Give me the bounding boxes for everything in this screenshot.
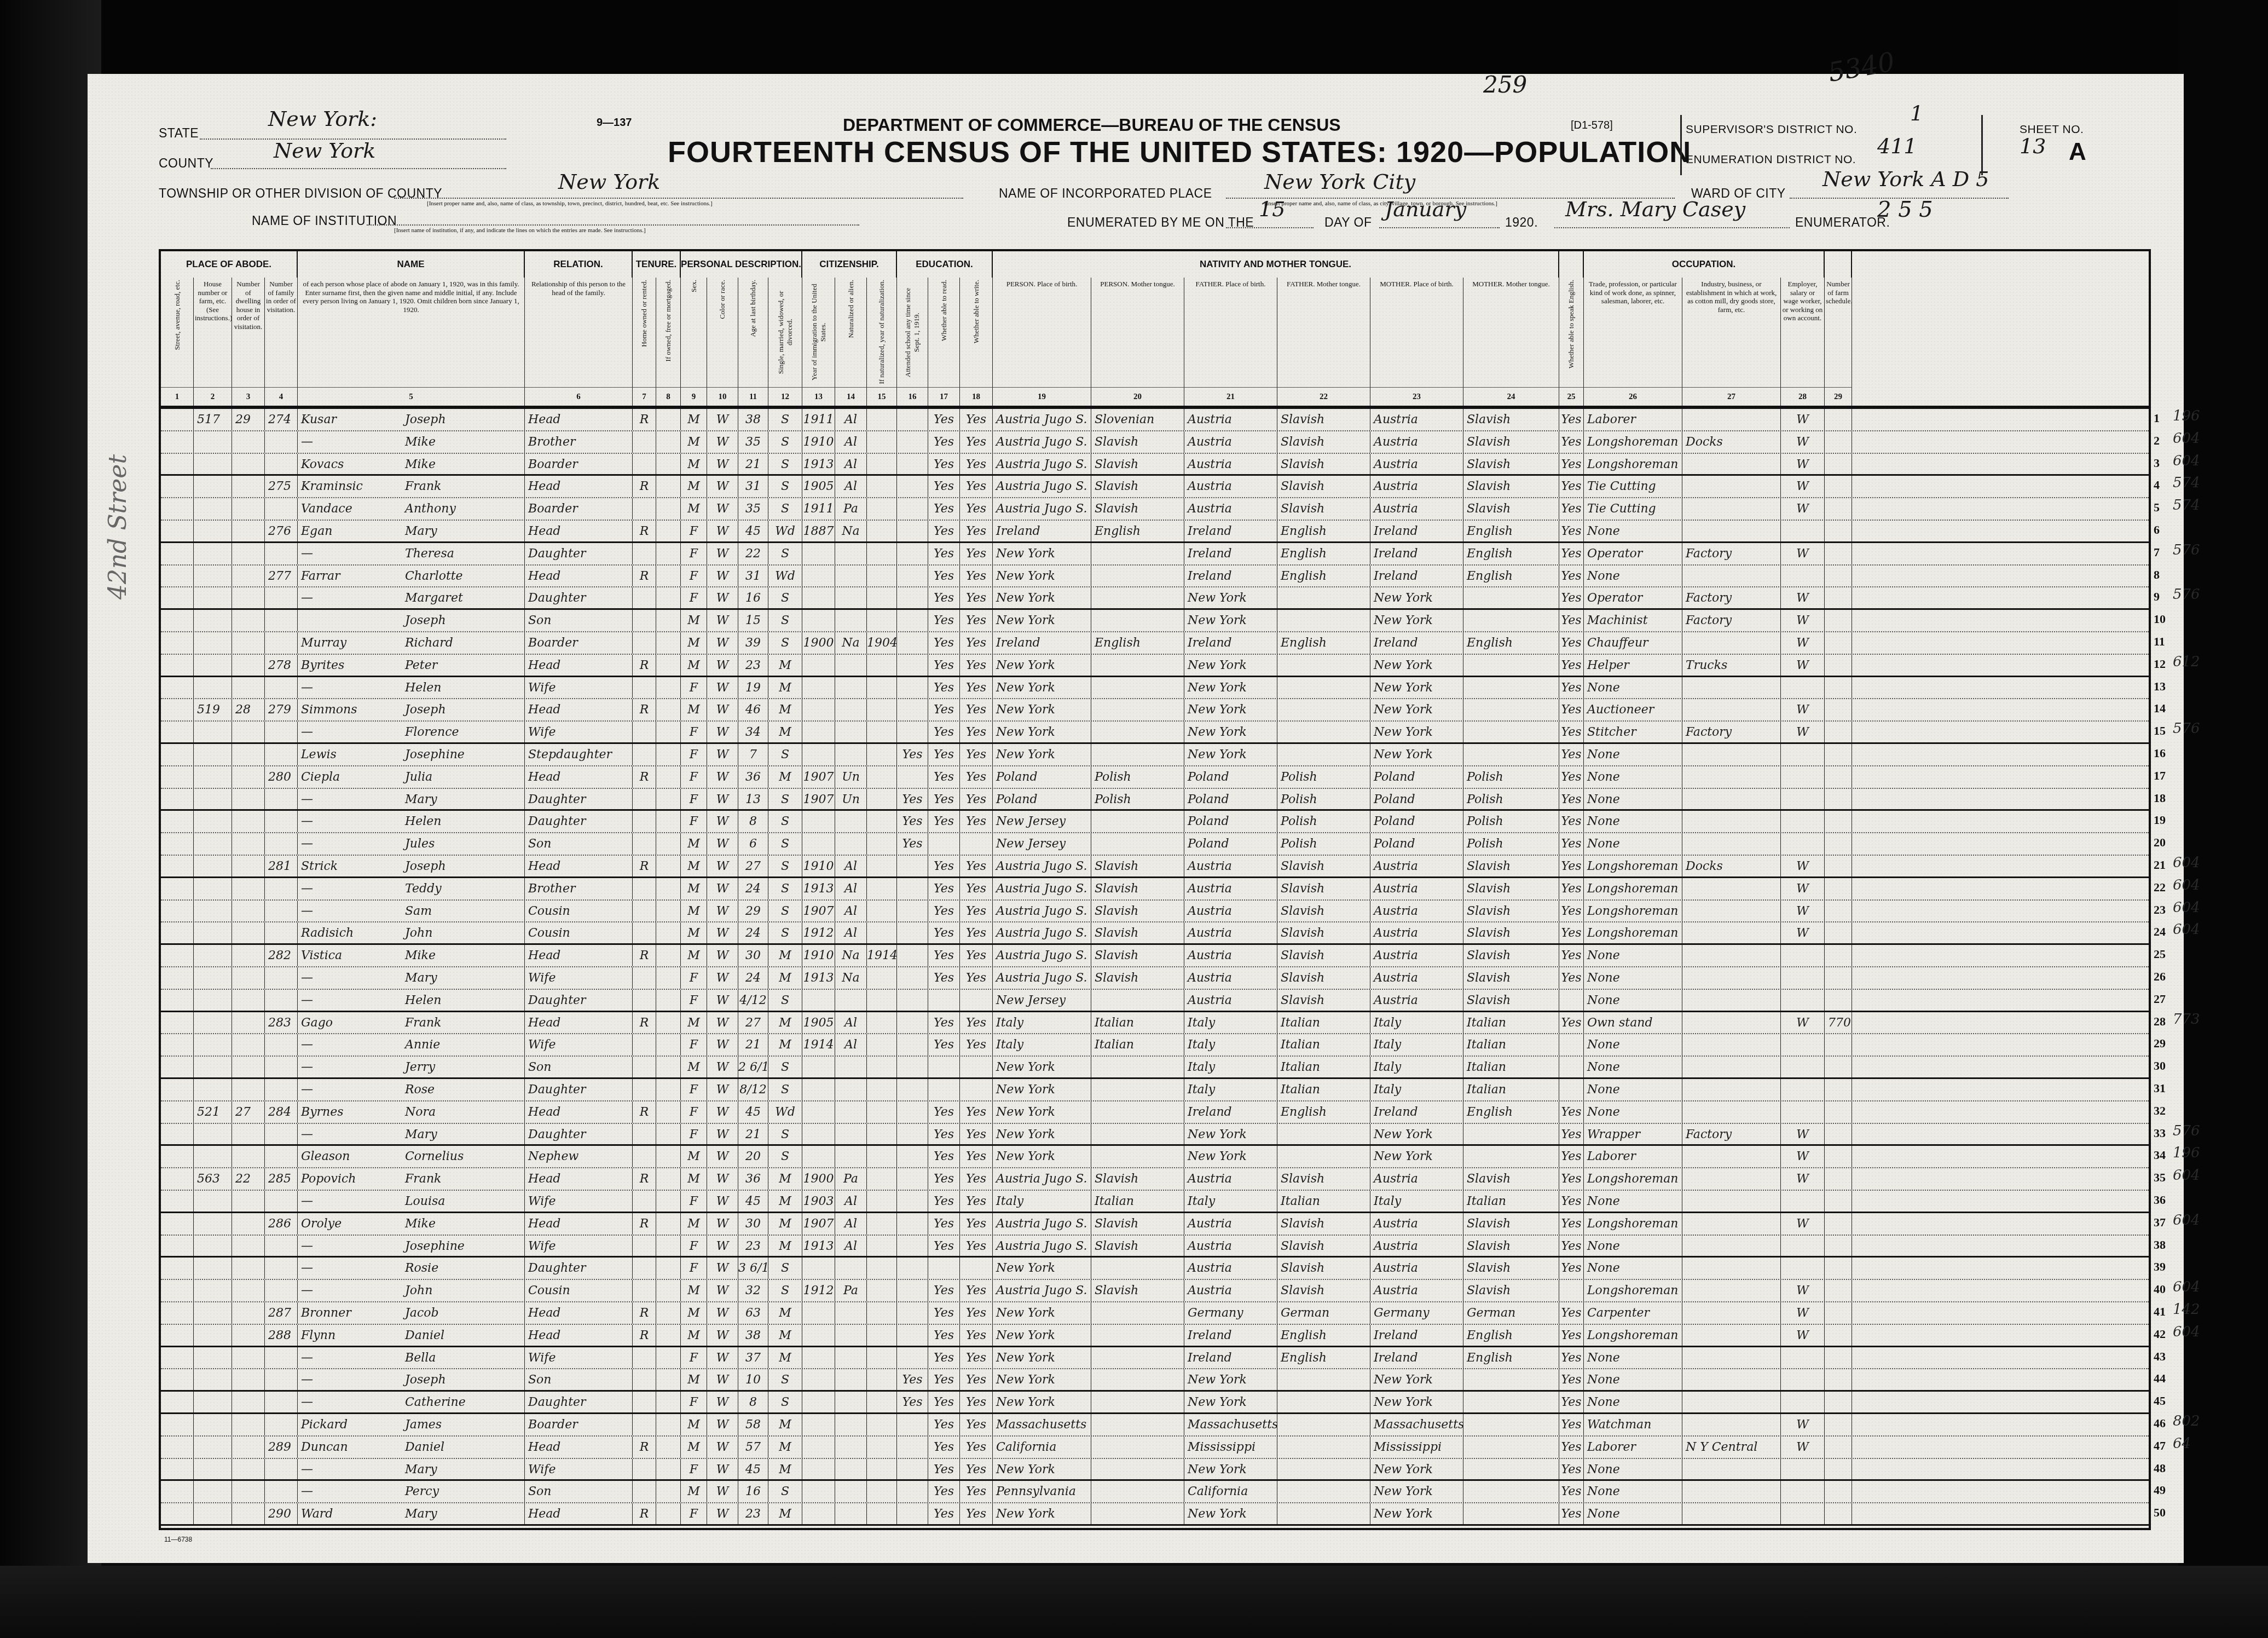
cell-dwelling — [232, 833, 265, 855]
form-number: 9—137 — [597, 117, 632, 129]
cell-m_tongue: English — [1463, 1101, 1559, 1123]
cell-natyear — [867, 967, 897, 989]
cell-tongue — [1091, 1057, 1184, 1077]
given-name: Peter — [405, 659, 437, 672]
cell-m_pob: New York — [1370, 722, 1463, 742]
cell-nat — [835, 1302, 867, 1324]
cell-immig — [802, 1057, 835, 1077]
cell-pob: New York — [993, 677, 1091, 699]
cell-school — [897, 967, 928, 989]
cell-tenure — [633, 1124, 656, 1145]
cell-school — [897, 498, 928, 520]
column-header-text: FATHER. Place of birth. — [1196, 280, 1266, 288]
surname: — — [301, 789, 405, 810]
column-header: Home owned or rented. — [633, 278, 656, 387]
cell-industry — [1682, 498, 1781, 520]
cell-marital: S — [768, 587, 802, 608]
cell-natyear — [867, 766, 897, 788]
cell-trade: Longshoreman — [1584, 1280, 1682, 1301]
cell-family — [265, 587, 298, 608]
cell-nat — [835, 1057, 867, 1077]
cell-industry — [1682, 1325, 1781, 1346]
cell-tongue: Slavish — [1091, 901, 1184, 922]
cell-industry: Trucks — [1682, 655, 1781, 676]
cell-m_pob: Massachusetts — [1370, 1414, 1463, 1435]
census-row: RadisichJohnCousinMW24S1912AlYesYesAustr… — [161, 922, 2149, 945]
cell-school — [897, 766, 928, 788]
cell-relation: Daughter — [525, 990, 633, 1011]
cell-english: Yes — [1559, 1414, 1584, 1435]
cell-write: Yes — [960, 498, 993, 520]
cell-family: 285 — [265, 1168, 298, 1190]
cell-english: Yes — [1559, 1012, 1584, 1034]
cell-dwelling — [232, 1258, 265, 1279]
cell-family — [265, 1124, 298, 1145]
cell-m_tongue — [1463, 1369, 1559, 1390]
cell-race: W — [707, 967, 738, 989]
cell-mortgage — [656, 1057, 681, 1077]
cell-age: 7 — [738, 744, 768, 765]
cell-house — [194, 655, 232, 676]
cell-marital: S — [768, 1057, 802, 1077]
cell-employ: W — [1781, 922, 1825, 943]
cell-tenure — [633, 744, 656, 765]
cell-natyear — [867, 744, 897, 765]
cell-relation: Son — [525, 1057, 633, 1077]
surname: — — [301, 901, 405, 922]
column-header: Number of family in order of visitation. — [265, 278, 298, 387]
enumeration-district-label: ENUMERATION DISTRICT NO. — [1686, 153, 1856, 166]
cell-family: 287 — [265, 1302, 298, 1324]
cell-immig: 1911 — [802, 409, 835, 430]
cell-m_pob: Poland — [1370, 766, 1463, 788]
line-number: 24 — [2154, 925, 2166, 939]
surname: — — [301, 1236, 405, 1256]
cell-read: Yes — [928, 699, 960, 720]
cell-m_tongue: Slavish — [1463, 922, 1559, 943]
cell-sex: M — [681, 498, 707, 520]
column-header: PERSON. Mother tongue. — [1091, 278, 1184, 387]
cell-natyear — [867, 1302, 897, 1324]
cell-m_tongue: Slavish — [1463, 1213, 1559, 1235]
cell-english: Yes — [1559, 632, 1584, 654]
margin-code-note: 64 — [2173, 1435, 2191, 1452]
cell-street — [161, 945, 194, 966]
cell-mortgage — [656, 722, 681, 742]
cell-m_pob: New York — [1370, 1124, 1463, 1145]
cell-tongue — [1091, 677, 1184, 699]
cell-write: Yes — [960, 521, 993, 541]
cell-dwelling — [232, 1012, 265, 1034]
given-name: Teddy — [405, 882, 442, 896]
cell-relation: Daughter — [525, 1079, 633, 1100]
cell-street — [161, 699, 194, 720]
census-row: 286OrolyeMikeHeadRMW30M1907AlYesYesAustr… — [161, 1213, 2149, 1236]
cell-f_tongue: English — [1277, 521, 1370, 541]
cell-tongue: Slavish — [1091, 945, 1184, 966]
column-header-text: Color or race. — [718, 280, 727, 319]
column-header-text: Whether able to speak English. — [1567, 280, 1576, 368]
cell-house — [194, 945, 232, 966]
cell-house — [194, 1079, 232, 1100]
cell-m_pob: New York — [1370, 699, 1463, 720]
cell-natyear — [867, 1079, 897, 1100]
cell-read: Yes — [928, 566, 960, 587]
cell-relation: Daughter — [525, 1392, 633, 1412]
cell-write: Yes — [960, 543, 993, 564]
census-row: —HelenDaughterFW4/12SNew JerseyAustriaSl… — [161, 990, 2149, 1012]
given-name: Louisa — [405, 1195, 445, 1208]
cell-pob: Massachusetts — [993, 1414, 1091, 1435]
cell-english: Yes — [1559, 1503, 1584, 1524]
cell-dwelling — [232, 1459, 265, 1480]
census-row: 289DuncanDanielHeadRMW57MYesYesCaliforni… — [161, 1437, 2149, 1459]
cell-employ: W — [1781, 543, 1825, 564]
cell-tongue — [1091, 1302, 1184, 1324]
cell-industry — [1682, 789, 1781, 810]
cell-name: GagoFrank — [298, 1012, 525, 1034]
month-underline — [1379, 227, 1500, 228]
cell-tongue — [1091, 587, 1184, 608]
cell-street — [161, 1347, 194, 1369]
cell-relation: Head — [525, 1302, 633, 1324]
cell-write: Yes — [960, 922, 993, 943]
cell-nat — [835, 699, 867, 720]
cell-marital: M — [768, 1503, 802, 1524]
margin-code-note: 576 — [2173, 542, 2200, 558]
enumerator-label: ENUMERATOR. — [1795, 215, 1890, 230]
cell-industry — [1682, 1236, 1781, 1256]
cell-m_tongue: Slavish — [1463, 878, 1559, 899]
cell-m_tongue — [1463, 699, 1559, 720]
column-number: 10 — [707, 387, 738, 406]
cell-house — [194, 811, 232, 832]
margin-code-note: 773 — [2173, 1011, 2200, 1028]
margin-code-note: 604 — [2173, 855, 2200, 871]
cell-f_tongue: Slavish — [1277, 409, 1370, 430]
cell-natyear — [867, 610, 897, 631]
cell-family — [265, 1280, 298, 1301]
cell-industry — [1682, 1258, 1781, 1279]
cell-immig — [802, 1302, 835, 1324]
cell-pob: New York — [993, 1369, 1091, 1390]
cell-dwelling: 22 — [232, 1168, 265, 1190]
cell-sex: M — [681, 610, 707, 631]
cell-house: 517 — [194, 409, 232, 430]
column-header-text: Employer, salary or wage worker, or work… — [1783, 280, 1823, 322]
cell-english: Yes — [1559, 1392, 1584, 1412]
cell-relation: Head — [525, 945, 633, 966]
cell-sex: M — [681, 878, 707, 899]
margin-code-note: 604 — [2173, 899, 2200, 916]
cell-relation: Head — [525, 1325, 633, 1346]
cell-family: 286 — [265, 1213, 298, 1235]
cell-employ: W — [1781, 1168, 1825, 1190]
cell-name: EganMary — [298, 521, 525, 541]
cell-f_pob: Austria — [1184, 1236, 1277, 1256]
given-name: Helen — [405, 994, 441, 1007]
cell-immig — [802, 655, 835, 676]
cell-sex: M — [681, 1302, 707, 1324]
column-number: 20 — [1091, 387, 1184, 406]
cell-dwelling: 29 — [232, 409, 265, 430]
cell-house: 519 — [194, 699, 232, 720]
cell-natyear — [867, 1146, 897, 1167]
column-header-text: Number of farm schedule. — [1826, 280, 1852, 305]
cell-employ — [1781, 1392, 1825, 1412]
cell-m_tongue: Polish — [1463, 766, 1559, 788]
cell-natyear — [867, 1369, 897, 1390]
cell-race: W — [707, 521, 738, 541]
cell-read: Yes — [928, 811, 960, 832]
cell-f_pob: New York — [1184, 1369, 1277, 1390]
cell-school — [897, 1124, 928, 1145]
cell-trade: None — [1584, 521, 1682, 541]
given-name: Annie — [405, 1038, 440, 1052]
census-row: —HelenDaughterFW8SYesYesYesNew JerseyPol… — [161, 811, 2149, 833]
cell-school — [897, 1258, 928, 1279]
cell-trade: None — [1584, 677, 1682, 699]
cell-employ: W — [1781, 1213, 1825, 1235]
cell-tenure: R — [633, 945, 656, 966]
cell-employ: W — [1781, 1146, 1825, 1167]
given-name: Anthony — [405, 502, 456, 516]
cell-m_pob: Ireland — [1370, 632, 1463, 654]
cell-read: Yes — [928, 521, 960, 541]
cell-english: Yes — [1559, 833, 1584, 855]
institution-underline — [367, 224, 859, 226]
cell-mortgage — [656, 655, 681, 676]
cell-m_pob: Austria — [1370, 1236, 1463, 1256]
line-number: 36 — [2154, 1193, 2166, 1207]
cell-name: —Jerry — [298, 1057, 525, 1077]
cell-nat — [835, 990, 867, 1011]
cell-relation: Head — [525, 699, 633, 720]
cell-sex: F — [681, 1459, 707, 1480]
line-number: 2 — [2154, 434, 2160, 448]
cell-m_tongue — [1463, 655, 1559, 676]
margin-code-note: 196 — [2173, 1145, 2200, 1161]
cell-trade: None — [1584, 967, 1682, 989]
cell-english: Yes — [1559, 610, 1584, 631]
cell-mortgage — [656, 431, 681, 453]
cell-f_tongue: German — [1277, 1302, 1370, 1324]
given-name: Theresa — [405, 547, 454, 561]
column-number: 5 — [298, 387, 525, 406]
line-number: 26 — [2154, 970, 2166, 984]
census-row: —SamCousinMW29S1907AlYesYesAustria Jugo … — [161, 901, 2149, 923]
cell-f_tongue: Polish — [1277, 766, 1370, 788]
census-row: GleasonCorneliusNephewMW20SYesYesNew Yor… — [161, 1146, 2149, 1168]
cell-nat: Al — [835, 454, 867, 475]
cell-tongue — [1091, 1258, 1184, 1279]
cell-m_pob: New York — [1370, 1503, 1463, 1524]
cell-race: W — [707, 587, 738, 608]
cell-nat: Al — [835, 1213, 867, 1235]
day-of-label: DAY OF — [1324, 215, 1372, 230]
cell-m_pob: New York — [1370, 1146, 1463, 1167]
census-row: —RoseDaughterFW8/12SNew YorkItalyItalian… — [161, 1079, 2149, 1101]
cell-m_tongue — [1463, 1481, 1559, 1502]
surname: — — [301, 1057, 405, 1077]
cell-farm — [1825, 945, 1852, 966]
cell-m_tongue — [1463, 677, 1559, 699]
cell-name: —Helen — [298, 990, 525, 1011]
cell-name: —John — [298, 1280, 525, 1301]
cell-farm — [1825, 610, 1852, 631]
cell-trade: Carpenter — [1584, 1302, 1682, 1324]
cell-f_pob: New York — [1184, 1503, 1277, 1524]
cell-name: FlynnDaniel — [298, 1325, 525, 1346]
cell-industry — [1682, 521, 1781, 541]
cell-sex: F — [681, 1503, 707, 1524]
cell-race: W — [707, 431, 738, 453]
cell-natyear — [867, 521, 897, 541]
cell-write: Yes — [960, 811, 993, 832]
cell-age: 46 — [738, 699, 768, 720]
cell-family — [265, 833, 298, 855]
cell-natyear — [867, 1459, 897, 1480]
form-print-code: 11—6738 — [164, 1536, 192, 1543]
line-number: 20 — [2154, 835, 2166, 850]
margin-code-note: 574 — [2173, 475, 2200, 491]
cell-trade: Longshoreman — [1584, 454, 1682, 475]
cell-f_tongue: Polish — [1277, 833, 1370, 855]
cell-employ — [1781, 1034, 1825, 1056]
cell-tenure — [633, 789, 656, 810]
cell-employ: W — [1781, 722, 1825, 742]
cell-employ — [1781, 1258, 1825, 1279]
cell-f_pob: Poland — [1184, 811, 1277, 832]
surname: Popovich — [301, 1168, 405, 1190]
cell-employ — [1781, 521, 1825, 541]
cell-name: —Mary — [298, 1459, 525, 1480]
cell-tenure: R — [633, 409, 656, 430]
cell-house — [194, 543, 232, 564]
cell-nat — [835, 1258, 867, 1279]
given-name: Mary — [405, 1507, 437, 1521]
column-number: 8 — [656, 387, 681, 406]
cell-immig — [802, 1392, 835, 1412]
column-header: Relationship of this person to the head … — [525, 278, 633, 387]
cell-industry — [1682, 990, 1781, 1011]
cell-age: 27 — [738, 856, 768, 876]
surname: — — [301, 1079, 405, 1100]
cell-read: Yes — [928, 587, 960, 608]
cell-natyear — [867, 1503, 897, 1524]
cell-employ: W — [1781, 409, 1825, 430]
cell-read: Yes — [928, 1503, 960, 1524]
cell-farm — [1825, 878, 1852, 899]
cell-race: W — [707, 1302, 738, 1324]
cell-employ — [1781, 744, 1825, 765]
given-name: Mary — [405, 1128, 437, 1141]
cell-m_pob: Italy — [1370, 1079, 1463, 1100]
cell-employ: W — [1781, 476, 1825, 497]
census-row: —MaryDaughterFW13S1907UnYesYesYesPolandP… — [161, 789, 2149, 811]
cell-marital: S — [768, 990, 802, 1011]
cell-sex: F — [681, 744, 707, 765]
cell-house — [194, 1325, 232, 1346]
cell-pob: New York — [993, 1325, 1091, 1346]
cell-english: Yes — [1559, 498, 1584, 520]
cell-read: Yes — [928, 1369, 960, 1390]
cell-f_pob: Austria — [1184, 945, 1277, 966]
cell-f_tongue: Slavish — [1277, 1168, 1370, 1190]
cell-dwelling — [232, 1369, 265, 1390]
cell-read: Yes — [928, 766, 960, 788]
cell-nat: Al — [835, 901, 867, 922]
cell-f_pob: Ireland — [1184, 1325, 1277, 1346]
cell-age: 8 — [738, 1392, 768, 1412]
cell-tenure — [633, 543, 656, 564]
cell-tongue: Slavish — [1091, 856, 1184, 876]
cell-family — [265, 1146, 298, 1167]
given-name: Mary — [405, 524, 437, 538]
cell-street — [161, 1034, 194, 1056]
cell-race: W — [707, 856, 738, 876]
cell-marital: S — [768, 1280, 802, 1301]
cell-marital: M — [768, 1414, 802, 1435]
cell-nat — [835, 587, 867, 608]
cell-name: —Mary — [298, 1124, 525, 1145]
cell-m_pob: Italy — [1370, 1012, 1463, 1034]
surname: — — [301, 990, 405, 1011]
column-header: of each person whose place of abode on J… — [298, 278, 525, 387]
cell-sex: F — [681, 1124, 707, 1145]
cell-relation: Wife — [525, 1191, 633, 1212]
column-header-text: Naturalized or alien. — [847, 280, 855, 338]
cell-house — [194, 1124, 232, 1145]
cell-write: Yes — [960, 454, 993, 475]
cell-street — [161, 1101, 194, 1123]
column-header-text: of each person whose place of abode on J… — [303, 280, 519, 314]
cell-industry — [1682, 677, 1781, 699]
column-header-text: Industry, business, or establishment in … — [1686, 280, 1777, 314]
cell-farm — [1825, 543, 1852, 564]
cell-relation: Head — [525, 1213, 633, 1235]
cell-mortgage — [656, 1191, 681, 1212]
cell-name: —Percy — [298, 1481, 525, 1502]
cell-marital: Wd — [768, 566, 802, 587]
cell-nat — [835, 610, 867, 631]
cell-f_pob: New York — [1184, 587, 1277, 608]
census-row: —LouisaWifeFW45M1903AlYesYesItalyItalian… — [161, 1191, 2149, 1213]
cell-read: Yes — [928, 1213, 960, 1235]
cell-school — [897, 1236, 928, 1256]
cell-age: 24 — [738, 922, 768, 943]
cell-industry — [1682, 1057, 1781, 1077]
cell-industry — [1682, 766, 1781, 788]
cell-race: W — [707, 1258, 738, 1279]
cell-nat: Na — [835, 521, 867, 541]
cell-read: Yes — [928, 431, 960, 453]
cell-name: WardMary — [298, 1503, 525, 1524]
cell-farm — [1825, 789, 1852, 810]
surname: Byrites — [301, 655, 405, 676]
cell-name: StrickJoseph — [298, 856, 525, 876]
cell-dwelling — [232, 498, 265, 520]
cell-marital: S — [768, 1146, 802, 1167]
cell-relation: Head — [525, 1012, 633, 1034]
cell-english: Yes — [1559, 766, 1584, 788]
census-row: —MaryDaughterFW21SYesYesNew YorkNew York… — [161, 1124, 2149, 1146]
cell-m_pob: Austria — [1370, 990, 1463, 1011]
cell-dwelling — [232, 543, 265, 564]
cell-farm — [1825, 699, 1852, 720]
cell-nat — [835, 1347, 867, 1369]
cell-m_pob: Austria — [1370, 498, 1463, 520]
